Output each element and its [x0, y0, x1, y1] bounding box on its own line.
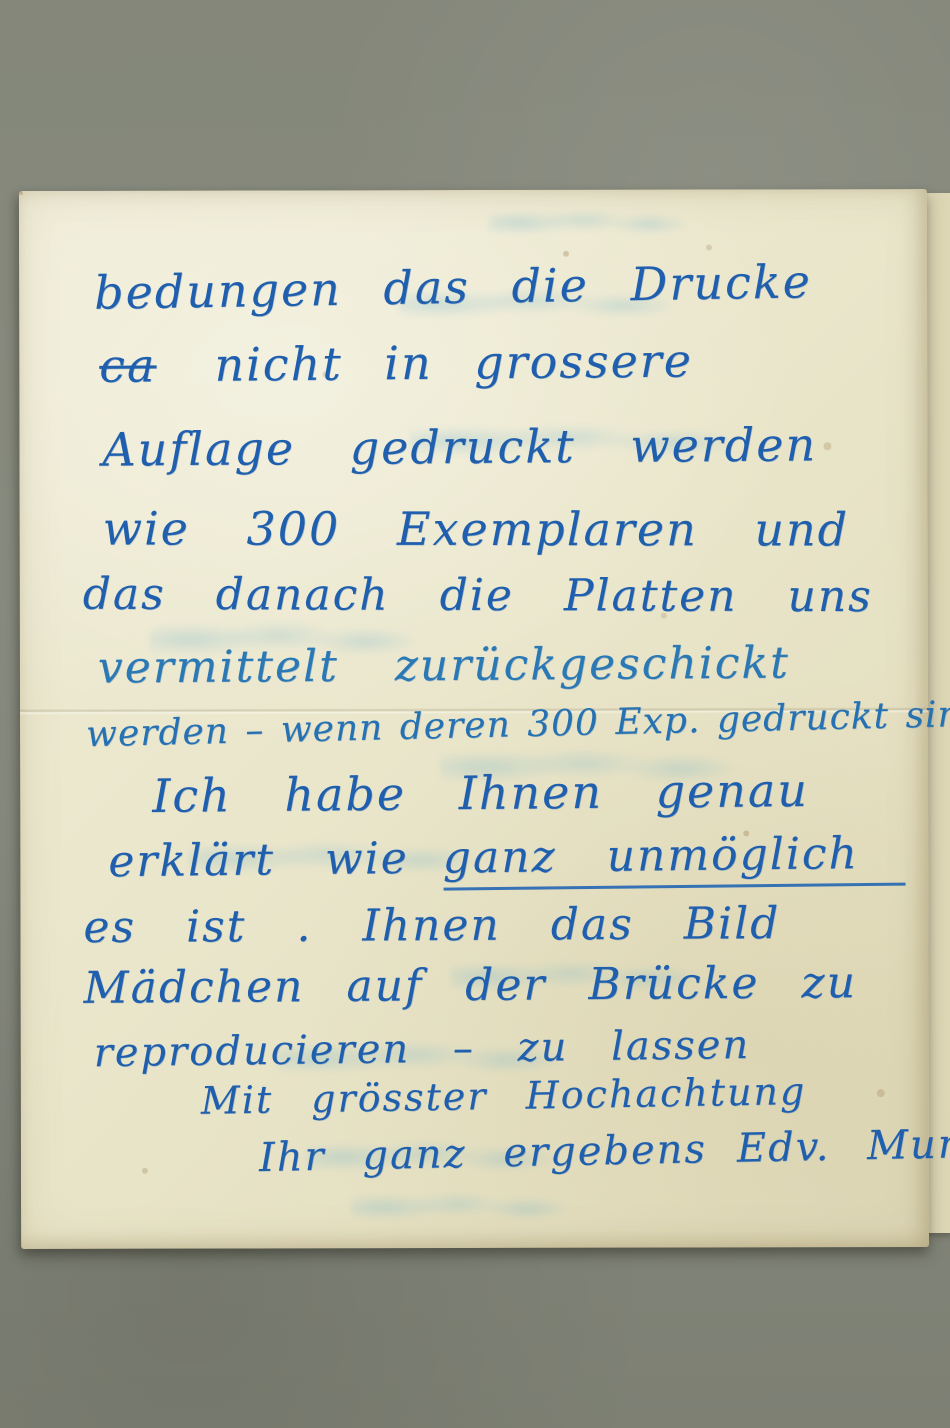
ink-bleedthrough [489, 208, 689, 238]
handwritten-line-10: es ist . Ihnen das Bild [83, 898, 780, 953]
closing-salutation: Mit grösster Hochachtung [200, 1069, 806, 1123]
handwritten-line-6: vermittelt zurückgeschickt [98, 638, 790, 694]
foxing-spots [19, 191, 23, 195]
handwritten-line-5: das danach die Platten uns [83, 569, 873, 622]
handwritten-line-12: reproducieren – zu lassen [93, 1022, 750, 1076]
handwritten-line-3: Auflage gedruckt werden [102, 417, 817, 476]
line-text: erklärt wie [108, 833, 409, 894]
struck-word: ca [99, 338, 157, 393]
handwritten-line-2: canicht in grossere [99, 333, 693, 392]
handwritten-line-7: werden – wenn deren 300 Exp. gedruckt si… [86, 694, 950, 756]
valediction: Ihr ganz ergebens [259, 1126, 708, 1181]
line-text: nicht in grossere [214, 333, 693, 391]
signature-line: Ihr ganz ergebensEdv. Munch [259, 1120, 950, 1181]
ink-bleedthrough [351, 1190, 571, 1224]
signature: Edv. Munch [736, 1120, 950, 1171]
handwritten-line-4: wie 300 Exemplaren und [103, 501, 850, 556]
underlined-phrase: ganz unmöglich [443, 828, 906, 891]
handwritten-line-9: erklärt wieganz unmöglich [108, 828, 905, 895]
handwritten-line-1: bedungen das die Drucke [94, 254, 813, 320]
letter-page: bedungen das die Drucke canicht in gross… [19, 189, 929, 1249]
handwritten-line-11: Mädchen auf der Brücke zu [83, 957, 857, 1014]
handwritten-line-8: Ich habe Ihnen genau [152, 763, 809, 823]
